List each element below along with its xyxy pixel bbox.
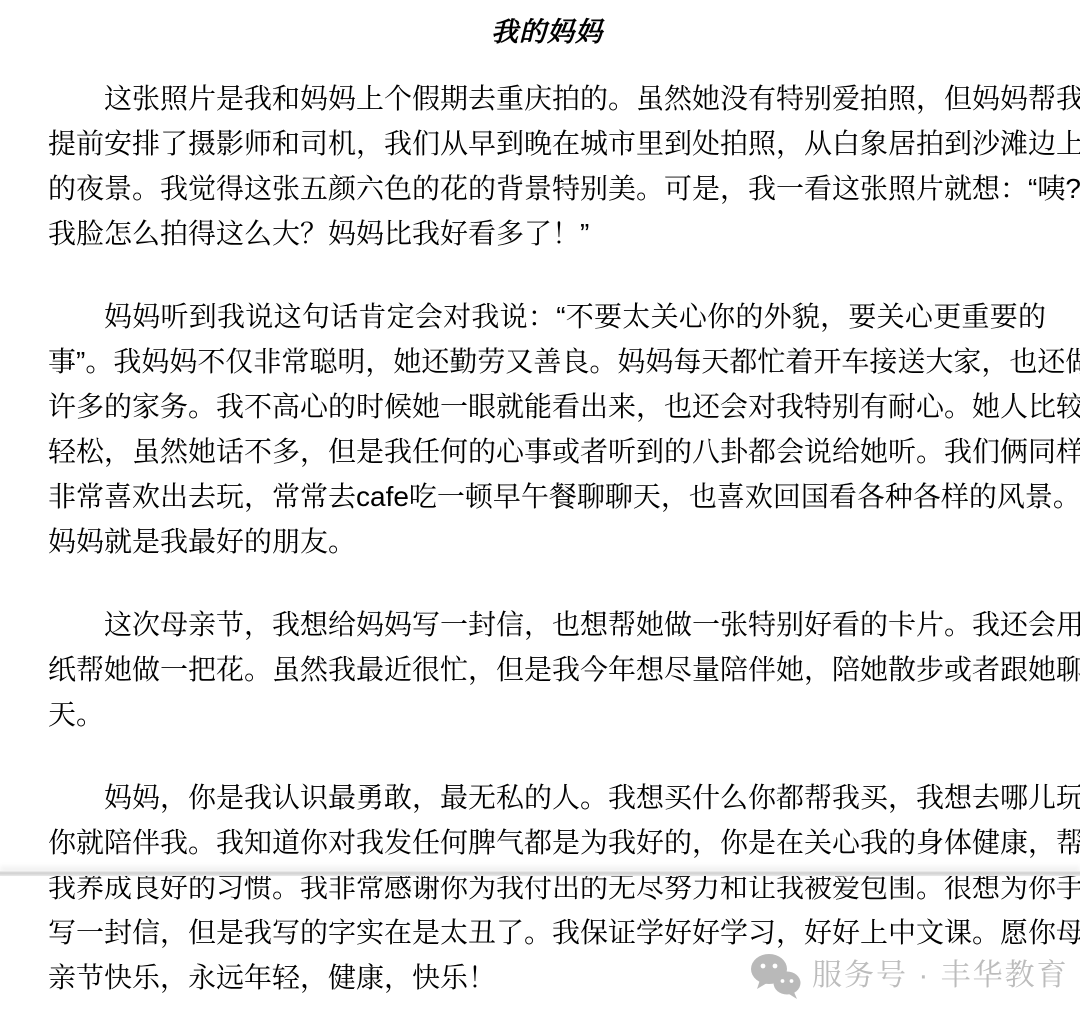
text-line: 非常喜欢出去玩，常常去cafe吃一顿早午餐聊聊天，也喜欢回国看各种各样的风景。	[48, 474, 1046, 519]
text-line: 你就陪伴我。我知道你对我发任何脾气都是为我好的，你是在关心我的身体健康，帮	[48, 820, 1046, 865]
text-line: 妈妈就是我最好的朋友。	[48, 519, 1046, 564]
watermark: 服务号 · 丰华教育	[750, 951, 1069, 1001]
text-line: 许多的家务。我不高心的时候她一眼就能看出来，也还会对我特别有耐心。她人比较	[48, 384, 1046, 429]
paragraph: 妈妈听到我说这句话肯定会对我说：“不要太关心你的外貌，要关心更重要的事”。我妈妈…	[48, 294, 1046, 564]
text-line: 提前安排了摄影师和司机，我们从早到晚在城市里到处拍照，从白象居拍到沙滩边上	[48, 121, 1046, 166]
text-line: 妈妈，你是我认识最勇敢，最无私的人。我想买什么你都帮我买，我想去哪儿玩	[48, 775, 1046, 820]
wechat-icon	[750, 952, 802, 1000]
document-page: 我的妈妈 这张照片是我和妈妈上个假期去重庆拍的。虽然她没有特别爱拍照，但妈妈帮我…	[0, 0, 1080, 1023]
paragraph: 这次母亲节，我想给妈妈写一封信，也想帮她做一张特别好看的卡片。我还会用纸帮她做一…	[48, 602, 1046, 737]
text-line: 妈妈听到我说这句话肯定会对我说：“不要太关心你的外貌，要关心更重要的	[48, 294, 1046, 339]
text-line: 纸帮她做一把花。虽然我最近很忙，但是我今年想尽量陪伴她，陪她散步或者跟她聊	[48, 647, 1046, 692]
text-line: 轻松，虽然她话不多，但是我任何的心事或者听到的八卦都会说给她听。我们俩同样	[48, 429, 1046, 474]
text-line: 事”。我妈妈不仅非常聪明，她还勤劳又善良。妈妈每天都忙着开车接送大家，也还做	[48, 339, 1046, 384]
watermark-text: 服务号 · 丰华教育	[812, 951, 1069, 1001]
text-line: 天。	[48, 692, 1046, 737]
text-line: 这次母亲节，我想给妈妈写一封信，也想帮她做一张特别好看的卡片。我还会用	[48, 602, 1046, 647]
essay-title: 我的妈妈	[48, 12, 1046, 52]
essay-content: 我的妈妈 这张照片是我和妈妈上个假期去重庆拍的。虽然她没有特别爱拍照，但妈妈帮我…	[0, 12, 1080, 1000]
text-line: 的夜景。我觉得这张五颜六色的花的背景特别美。可是，我一看这张照片就想：“咦?	[48, 166, 1046, 211]
page-break-divider	[0, 871, 1080, 876]
paragraph: 这张照片是我和妈妈上个假期去重庆拍的。虽然她没有特别爱拍照，但妈妈帮我提前安排了…	[48, 76, 1046, 256]
text-line: 这张照片是我和妈妈上个假期去重庆拍的。虽然她没有特别爱拍照，但妈妈帮我	[48, 76, 1046, 121]
text-line: 我脸怎么拍得这么大？妈妈比我好看多了！”	[48, 211, 1046, 256]
essay-body: 这张照片是我和妈妈上个假期去重庆拍的。虽然她没有特别爱拍照，但妈妈帮我提前安排了…	[48, 76, 1046, 1000]
text-line: 写一封信，但是我写的字实在是太丑了。我保证学好好学习，好好上中文课。愿你母	[48, 910, 1046, 955]
